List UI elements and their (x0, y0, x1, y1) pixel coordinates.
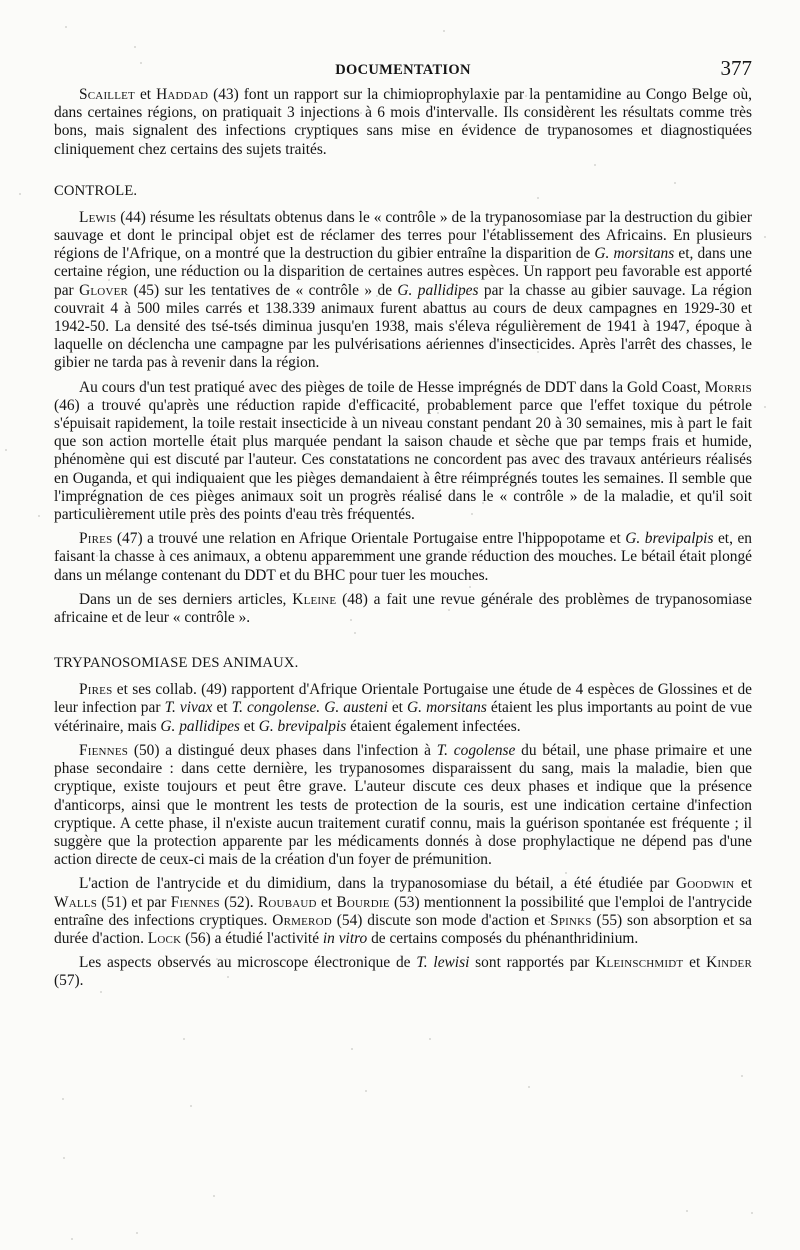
paper-speck (351, 1048, 353, 1050)
paragraph: Scaillet et Haddad (43) font un rapport … (54, 86, 752, 159)
paper-speck (751, 1212, 753, 1214)
paper-speck (398, 293, 400, 295)
paper-speck (63, 1157, 65, 1159)
author-name: Pires (79, 530, 112, 547)
author-name: Spinks (550, 912, 592, 929)
paper-speck (65, 26, 67, 28)
author-name: Ormerod (272, 912, 332, 929)
section-body: Pires et ses collab. (49) rapportent d'A… (54, 681, 752, 990)
paper-speck (356, 290, 358, 292)
paper-speck (140, 62, 142, 64)
author-name: Goodwin (676, 875, 734, 892)
italic-term: T. lewisi (416, 954, 469, 971)
author-name: Bourdie (336, 894, 389, 911)
italic-term: G. pallidipes (397, 282, 478, 299)
author-name: Lock (148, 930, 181, 947)
paper-speck (443, 30, 445, 32)
paper-speck (471, 513, 473, 515)
paper-speck (594, 164, 596, 166)
author-name: Fiennes (171, 894, 220, 911)
paper-speck (350, 619, 352, 621)
paper-speck (335, 687, 337, 689)
paper-speck (607, 816, 609, 818)
paper-speck (482, 502, 484, 504)
author-name: Kinder (706, 954, 752, 971)
italic-term: G. brevipalpis (625, 530, 713, 547)
italic-term: T. vivax (165, 699, 213, 716)
section-heading: CONTROLE. (54, 183, 752, 200)
paper-speck (537, 351, 539, 353)
paper-speck (258, 446, 260, 448)
paper-speck (134, 46, 136, 48)
paper-speck (38, 515, 40, 517)
paper-speck (211, 295, 213, 297)
author-name: Haddad (156, 86, 208, 103)
intro-section: Scaillet et Haddad (43) font un rapport … (54, 86, 752, 159)
paper-speck (227, 976, 229, 978)
paper-speck (741, 1075, 743, 1077)
author-name: Scaillet (79, 86, 135, 103)
paper-speck (528, 1086, 530, 1088)
paper-speck (686, 1210, 688, 1212)
paper-speck (183, 1038, 185, 1040)
author-name: Kleinschmidt (595, 954, 683, 971)
author-name: Glover (79, 282, 128, 299)
paper-speck (213, 1195, 215, 1197)
paper-speck (365, 1090, 367, 1092)
paper-speck (437, 412, 439, 414)
page-number: 377 (721, 56, 753, 81)
section-controle: CONTROLE. Lewis (44) résume les résultat… (54, 183, 752, 627)
paper-speck (216, 958, 218, 960)
paper-speck (429, 1038, 431, 1040)
author-name: Fiennes (79, 742, 128, 759)
paper-speck (764, 236, 766, 238)
paper-speck (92, 304, 94, 306)
paragraph: Au cours d'un test pratiqué avec des piè… (54, 379, 752, 525)
intro-body: Scaillet et Haddad (43) font un rapport … (54, 86, 752, 159)
paper-speck (71, 1238, 73, 1240)
author-name: Walls (54, 894, 97, 911)
paper-speck (360, 112, 362, 114)
italic-term: G. brevipalpis (259, 718, 347, 735)
paragraph: Fiennes (50) a distingué deux phases dan… (54, 742, 752, 869)
paper-speck (469, 586, 471, 588)
paragraph: Les aspects observés au microscope élect… (54, 954, 752, 990)
paper-speck (376, 295, 378, 297)
paper-speck (764, 406, 766, 408)
paper-speck (136, 1232, 138, 1234)
paper-speck (281, 437, 283, 439)
paragraph: L'action de l'antrycide et du dimidium, … (54, 875, 752, 948)
italic-term: T. cogolense (437, 742, 516, 759)
italic-term: in vitro (323, 930, 367, 947)
running-header: DOCUMENTATION 377 (54, 56, 752, 86)
section-body: Lewis (44) résume les résultats obtenus … (54, 209, 752, 627)
paragraph: Lewis (44) résume les résultats obtenus … (54, 209, 752, 373)
paper-speck (448, 609, 450, 611)
paper-speck (360, 549, 362, 551)
paper-speck (392, 700, 394, 702)
paper-speck (122, 966, 124, 968)
paper-speck (190, 1105, 192, 1107)
paper-speck (544, 808, 546, 810)
paper-speck (597, 800, 599, 802)
italic-term: G. pallidipes (160, 718, 240, 735)
paragraph: Dans un de ses derniers articles, Kleine… (54, 591, 752, 627)
paper-speck (537, 197, 539, 199)
italic-term: G. morsitans (594, 245, 674, 262)
paper-speck (108, 279, 110, 281)
paper-speck (100, 991, 102, 993)
paragraph: Pires et ses collab. (49) rapportent d'A… (54, 681, 752, 736)
italic-term: T. congolense. G. austeni (232, 699, 388, 716)
paper-speck (548, 921, 550, 923)
paper-speck (468, 551, 470, 553)
author-name: Roubaud (258, 894, 317, 911)
running-title: DOCUMENTATION (54, 62, 752, 79)
document-page: DOCUMENTATION 377 Scaillet et Haddad (43… (54, 56, 752, 991)
author-name: Lewis (79, 209, 116, 226)
paper-speck (674, 182, 676, 184)
section-trypanosomiase-animaux: TRYPANOSOMIASE DES ANIMAUX. Pires et ses… (54, 655, 752, 990)
section-heading: TRYPANOSOMIASE DES ANIMAUX. (54, 655, 752, 672)
paper-speck (172, 491, 174, 493)
paper-speck (565, 872, 567, 874)
paper-speck (717, 330, 719, 332)
paragraph: Pires (47) a trouvé une relation en Afri… (54, 530, 752, 585)
paper-speck (525, 95, 527, 97)
author-name: Pires (79, 681, 112, 698)
italic-term: G. morsitans (407, 699, 487, 716)
paper-speck (354, 632, 356, 634)
paper-speck (19, 193, 21, 195)
paper-speck (62, 1098, 64, 1100)
paper-speck (5, 449, 7, 451)
author-name: Morris (705, 379, 752, 396)
author-name: Kleine (292, 591, 336, 608)
paper-speck (96, 555, 98, 557)
